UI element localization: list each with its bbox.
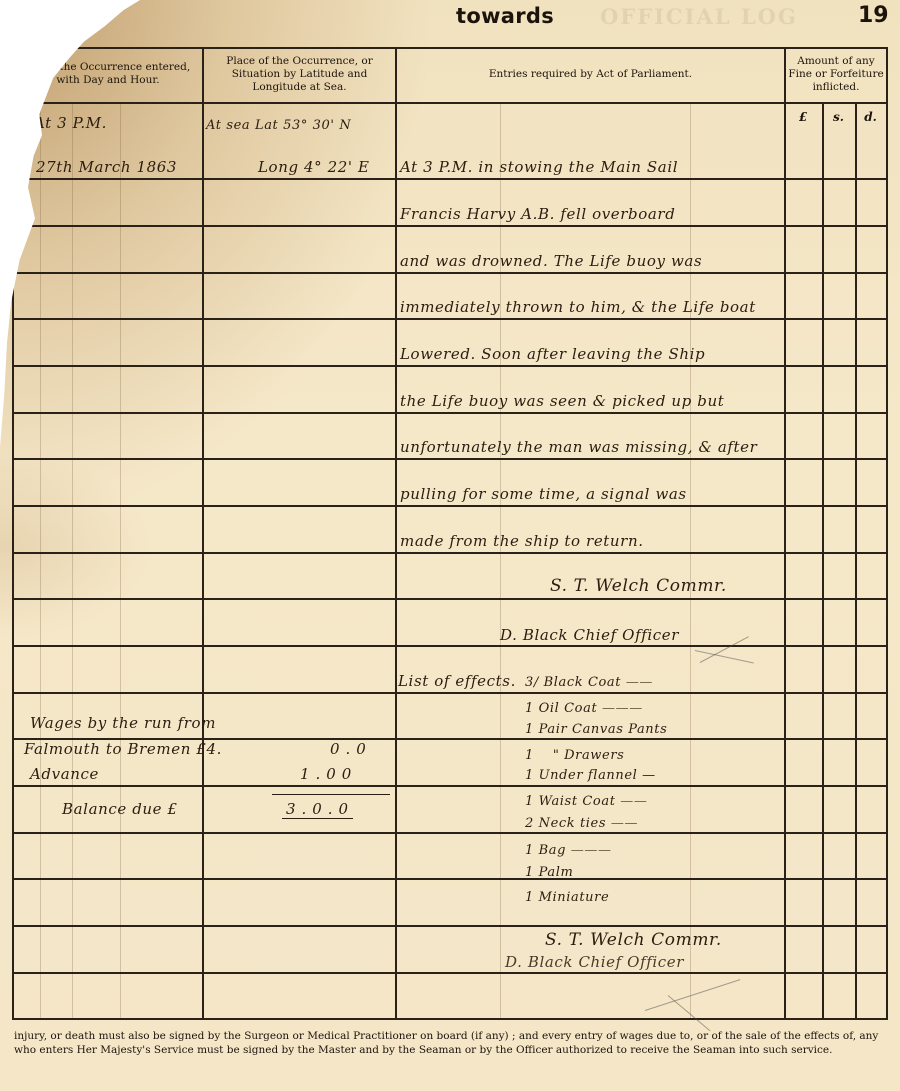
narrative-line: the Life buoy was seen & picked up but — [400, 392, 724, 410]
row-rule — [12, 505, 887, 507]
effects-signature-commander: S. T. Welch Commr. — [545, 930, 722, 950]
effect-qty: 1 — [525, 865, 534, 880]
effect-item: Neck ties — [539, 816, 607, 831]
effect-qty: 1 — [525, 843, 534, 858]
row-rule — [12, 225, 887, 227]
narrative-line: Francis Harvy A.B. fell overboard — [400, 205, 675, 223]
column-border — [395, 47, 397, 1020]
row-rule — [12, 178, 887, 180]
row-rule — [12, 925, 887, 927]
row-rule — [12, 645, 887, 647]
footer-line: who enters Her Majesty's Service must be… — [14, 1043, 894, 1057]
narrative-line: pulling for some time, a signal was — [400, 485, 687, 503]
table-bottom-rule — [12, 1018, 887, 1020]
row-rule — [12, 458, 887, 460]
effect-qty: 1 — [525, 722, 534, 737]
footer-instructions: injury, or death must also be signed by … — [14, 1029, 894, 1057]
wages-route-amount: 0 . 0 — [330, 740, 366, 758]
effects-label: List of effects. — [398, 672, 516, 690]
pence-unit: d. — [855, 110, 886, 124]
narrative-line: made from the ship to return. — [400, 532, 644, 550]
narrative-line: and was drowned. The Life buoy was — [400, 252, 702, 270]
narrative-line: At 3 P.M. in stowing the Main Sail — [400, 158, 678, 176]
row-rule — [12, 785, 887, 787]
column-border — [886, 47, 888, 1020]
effect-qty: 1 — [525, 890, 534, 905]
effect-item: Under flannel — [539, 768, 638, 783]
row-rule — [12, 878, 887, 880]
narrative-line: Lowered. Soon after leaving the Ship — [400, 345, 705, 363]
header-top-rule — [12, 47, 887, 49]
effect-qty: 1 — [525, 794, 534, 809]
guide-line — [500, 102, 501, 1018]
balance-amount: 3 . 0 . 0 — [282, 800, 353, 819]
column-header-entries: Entries required by Act of Parliament. — [397, 68, 784, 81]
guide-line — [120, 102, 121, 1018]
effect-qty: 1 — [525, 701, 534, 716]
log-page: OFFICIAL LOG towards 19 ate of the Occur… — [0, 0, 900, 1091]
footer-line: injury, or death must also be signed by … — [14, 1029, 894, 1043]
running-head: towards — [456, 4, 554, 28]
balance-rule — [272, 794, 390, 795]
effect-item: Oil Coat — [539, 701, 598, 716]
effect-item: Miniature — [539, 890, 610, 905]
header-bottom-rule — [12, 102, 887, 104]
wages-route: Falmouth to Bremen £4. — [24, 740, 222, 758]
effect-item: Bag — [539, 843, 566, 858]
entry-position-long: Long 4° 22' E — [258, 158, 370, 176]
pounds-unit: £ — [784, 110, 822, 124]
effects-signature-chief-officer: D. Black Chief Officer — [505, 953, 684, 971]
effect-qty: 1 — [525, 748, 534, 763]
signature-chief-officer: D. Black Chief Officer — [500, 626, 679, 644]
row-rule — [12, 598, 887, 600]
row-rule — [12, 552, 887, 554]
column-border — [822, 102, 824, 1020]
effect-qty: 3/ — [525, 675, 539, 690]
column-border — [784, 47, 786, 1020]
guide-line — [40, 102, 41, 1018]
column-border — [202, 47, 204, 1020]
advance-label: Advance — [30, 765, 99, 783]
row-rule — [12, 365, 887, 367]
row-rule — [12, 972, 887, 974]
row-rule — [12, 318, 887, 320]
shillings-unit: s. — [822, 110, 855, 124]
guide-line — [72, 102, 73, 1018]
effect-item: Palm — [539, 865, 574, 880]
column-header-place: Place of the Occurrence, or Situation by… — [204, 55, 395, 94]
effect-item: Waist Coat — [539, 794, 616, 809]
column-header-fine: Amount of any Fine or Forfeiture inflict… — [786, 55, 886, 94]
effect-item: Black Coat — [544, 675, 622, 690]
entry-position-lat: At sea Lat 53° 30' N — [206, 118, 351, 133]
signature-commander: S. T. Welch Commr. — [550, 576, 727, 596]
page-number: 19 — [858, 3, 889, 28]
pencil-mark — [645, 979, 740, 1011]
effect-item: Pair Canvas Pants — [539, 722, 668, 737]
row-rule — [12, 692, 887, 694]
effect-qty: 2 — [525, 816, 534, 831]
row-rule — [12, 272, 887, 274]
row-rule — [12, 832, 887, 834]
guide-line — [690, 102, 691, 1018]
balance-label: Balance due £ — [62, 800, 178, 818]
pencil-mark — [695, 650, 754, 663]
entry-time: At 3 P.M. — [34, 114, 107, 132]
advance-amount: 1 . 0 0 — [300, 765, 352, 783]
effect-item: " Drawers — [553, 748, 625, 763]
narrative-line: immediately thrown to him, & the Life bo… — [400, 298, 756, 316]
bleed-through-text: OFFICIAL LOG — [600, 4, 798, 29]
wages-line: Wages by the run from — [30, 714, 216, 732]
column-border — [855, 102, 857, 1020]
row-rule — [12, 412, 887, 414]
entry-date: 27th March 1863 — [36, 158, 177, 176]
effect-qty: 1 — [525, 768, 534, 783]
narrative-line: unfortunately the man was missing, & aft… — [400, 438, 757, 456]
